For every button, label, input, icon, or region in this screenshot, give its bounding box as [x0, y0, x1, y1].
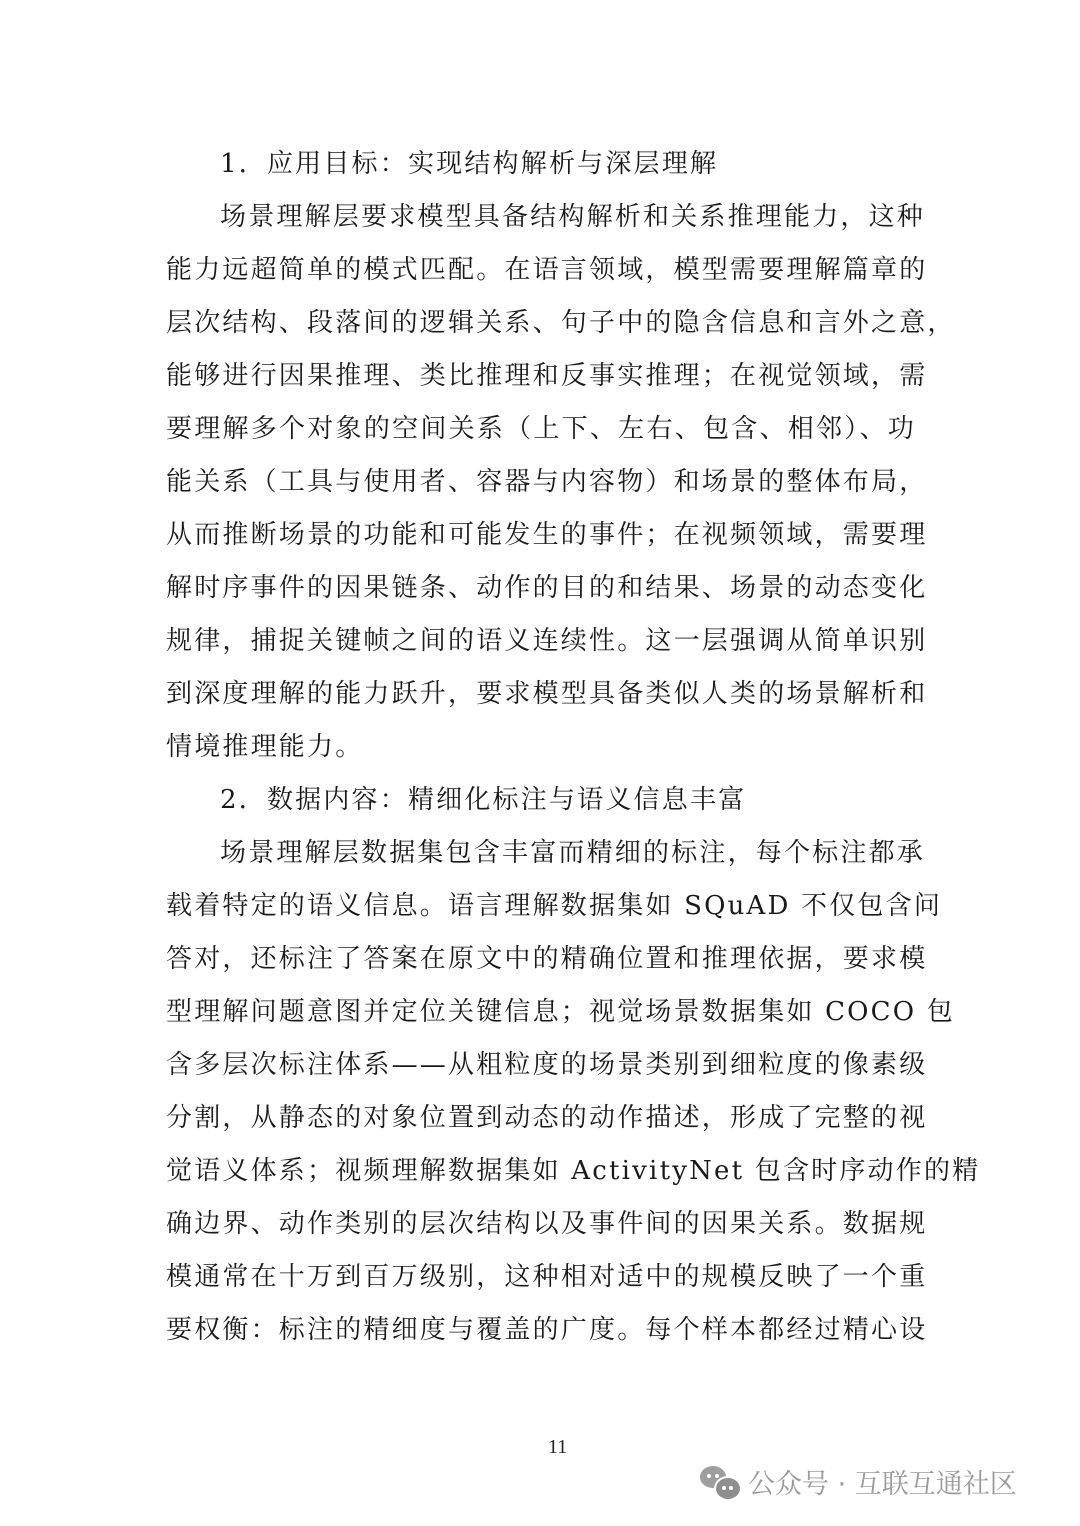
paragraph-line: 确边界、动作类别的层次结构以及事件间的因果关系。数据规 — [166, 1198, 916, 1251]
paragraph-line: 含多层次标注体系——从粗粒度的场景类别到细粒度的像素级 — [166, 1039, 916, 1092]
page-number: 11 — [548, 1436, 567, 1459]
paragraph-line: 模通常在十万到百万级别，这种相对适中的规模反映了一个重 — [166, 1251, 916, 1304]
wechat-icon — [700, 1464, 740, 1500]
paragraph-line: 场景理解层数据集包含丰富而精细的标注，每个标注都承 — [166, 827, 916, 880]
section-1-heading: 1．应用目标：实现结构解析与深层理解 — [166, 138, 916, 191]
watermark: 公众号 · 互联互通社区 — [700, 1462, 1017, 1501]
paragraph-line: 能够进行因果推理、类比推理和反事实推理；在视觉领域，需 — [166, 350, 916, 403]
paragraph-line: 觉语义体系；视频理解数据集如 ActivityNet 包含时序动作的精 — [166, 1145, 916, 1198]
paragraph-line: 场景理解层要求模型具备结构解析和关系推理能力，这种 — [166, 191, 916, 244]
paragraph-line: 解时序事件的因果链条、动作的目的和结果、场景的动态变化 — [166, 562, 916, 615]
paragraph-line: 能关系（工具与使用者、容器与内容物）和场景的整体布局， — [166, 456, 916, 509]
paragraph-line: 层次结构、段落间的逻辑关系、句子中的隐含信息和言外之意， — [166, 297, 916, 350]
paragraph-line: 情境推理能力。 — [166, 721, 916, 774]
watermark-text: 公众号 · 互联互通社区 — [748, 1462, 1017, 1501]
paragraph-line: 能力远超简单的模式匹配。在语言领域，模型需要理解篇章的 — [166, 244, 916, 297]
paragraph-line: 要权衡：标注的精细度与覆盖的广度。每个样本都经过精心设 — [166, 1304, 916, 1357]
document-page: 1．应用目标：实现结构解析与深层理解 场景理解层要求模型具备结构解析和关系推理能… — [166, 138, 916, 1357]
paragraph-line: 到深度理解的能力跃升，要求模型具备类似人类的场景解析和 — [166, 668, 916, 721]
paragraph-line: 分割，从静态的对象位置到动态的动作描述，形成了完整的视 — [166, 1092, 916, 1145]
paragraph-line: 从而推断场景的功能和可能发生的事件；在视频领域，需要理 — [166, 509, 916, 562]
paragraph-line: 要理解多个对象的空间关系（上下、左右、包含、相邻）、功 — [166, 403, 916, 456]
paragraph-line: 答对，还标注了答案在原文中的精确位置和推理依据，要求模 — [166, 933, 916, 986]
paragraph-line: 型理解问题意图并定位关键信息；视觉场景数据集如 COCO 包 — [166, 986, 916, 1039]
paragraph-line: 规律，捕捉关键帧之间的语义连续性。这一层强调从简单识别 — [166, 615, 916, 668]
section-2-heading: 2．数据内容：精细化标注与语义信息丰富 — [166, 774, 916, 827]
paragraph-line: 载着特定的语义信息。语言理解数据集如 SQuAD 不仅包含问 — [166, 880, 916, 933]
